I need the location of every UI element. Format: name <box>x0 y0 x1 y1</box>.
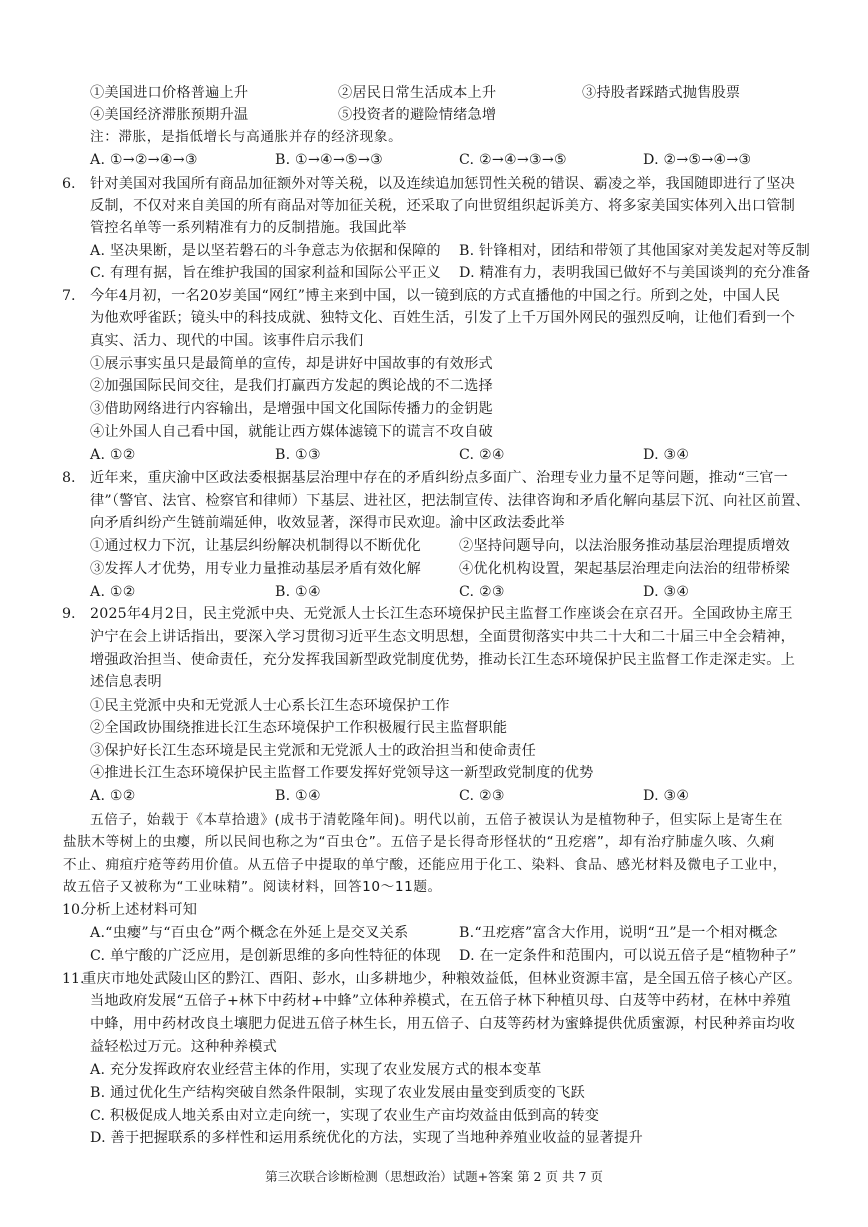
q7-item-2: ②加强国际民间交往，是我们打赢西方发起的舆论战的不二选择 <box>90 376 493 396</box>
q9-stem-line: 2025年4月2日，民主党派中央、无党派人士长江生态环境保护民主监督工作座谈会在… <box>90 604 793 624</box>
q7-item-1: ①展示事实虽只是最简单的宣传，却是讲好中国故事的有效形式 <box>90 354 493 374</box>
q10-stem: 分析上述材料可知 <box>82 900 197 920</box>
q5-item-1: ①美国进口价格普遍上升 <box>90 83 248 103</box>
passage-line: 盐肤木等树上的虫瘿，所以民间也称之为“百虫仓”。五倍子是长得奇形怪状的“丑疙瘩”… <box>63 832 775 852</box>
q10-option-c: C. 单宁酸的广泛应用，是创新思维的多向性特征的体现 <box>90 946 441 966</box>
q11-stem-line: 益轻松过万元。这种种养模式 <box>90 1037 277 1057</box>
q7-stem-line: 今年4月初，一名20岁美国“网红”博主来到中国，以一镜到底的方式直播他的中国之行… <box>90 286 780 306</box>
q8-option-a: A. ①② <box>90 582 136 602</box>
q8-stem-line: 向矛盾纠纷产生链前端延伸，收效显著，深得市民欢迎。渝中区政法委此举 <box>90 513 565 533</box>
q9-item-3: ③保护好长江生态环境是民主党派和无党派人士的政治担当和使命责任 <box>90 741 536 761</box>
q6-option-c: C. 有理有据，旨在维护我国的国家利益和国际公平正义 <box>90 263 441 283</box>
q6-stem-line: 针对美国对我国所有商品加征额外对等关税，以及连续追加惩罚性关税的错误、霸凌之举，… <box>90 174 795 194</box>
q8-option-d: D. ③④ <box>643 582 689 602</box>
q8-stem-line: 律”（警官、法官、检察官和律师）下基层、进社区，把法制宣传、法律咨询和矛盾化解向… <box>90 491 810 511</box>
q6-option-b: B. 针锋相对，团结和带领了其他国家对美发起对等反制 <box>459 241 810 261</box>
q7-option-d: D. ③④ <box>643 445 689 465</box>
q7-stem-line: 真实、活力、现代的中国。该事件启示我们 <box>90 331 363 351</box>
q5-item-4: ④美国经济滞胀预期升温 <box>90 105 248 125</box>
q7-item-4: ④让外国人自己看中国，就能让西方媒体滤镜下的谎言不攻自破 <box>90 422 493 442</box>
question-number: 6. <box>62 174 76 194</box>
q8-item-4: ④优化机构设置，架起基层治理走向法治的纽带桥梁 <box>459 559 790 579</box>
q7-option-a: A. ①② <box>90 445 136 465</box>
q11-option-d: D. 善于把握联系的多样性和运用系统优化的方法，实现了当地种养殖业收益的显著提升 <box>90 1128 643 1148</box>
q5-note: 注：滞胀，是指低增长与高通胀并存的经济现象。 <box>90 127 402 147</box>
q11-stem-line: 当地政府发展“五倍子+林下中药材+中蜂”立体种养模式，在五倍子林下种植贝母、白芨… <box>90 991 791 1011</box>
q5-item-2: ②居民日常生活成本上升 <box>338 83 496 103</box>
q5-option-c: C. ②→④→③→⑤ <box>459 150 567 170</box>
q6-option-a: A. 坚决果断，是以坚若磐石的斗争意志为依据和保障的 <box>90 241 441 261</box>
q11-stem-line: 中蜂，用中药材改良土壤肥力促进五倍子林生长，用五倍子、白芨等药材为蜜蜂提供优质蜜… <box>90 1014 795 1034</box>
q9-option-b: B. ①④ <box>275 786 321 806</box>
q7-option-c: C. ②④ <box>459 445 505 465</box>
q9-option-a: A. ①② <box>90 786 136 806</box>
question-number: 9. <box>62 604 76 624</box>
q5-option-d: D. ②→⑤→④→③ <box>643 150 751 170</box>
passage-line: 五倍子，始载于《本草拾遗》(成书于清乾隆年间)。明代以前，五倍子被误认为是植物种… <box>90 810 783 830</box>
q9-item-4: ④推进长江生态环境保护民主监督工作要发挥好党领导这一新型政党制度的优势 <box>90 763 594 783</box>
q9-item-1: ①民主党派中央和无党派人士心系长江生态环境保护工作 <box>90 696 450 716</box>
q8-option-b: B. ①④ <box>275 582 321 602</box>
q8-item-2: ②坚持问题导向，以法治服务推动基层治理提质增效 <box>459 536 790 556</box>
q11-option-a: A. 充分发挥政府农业经营主体的作用，实现了农业发展方式的根本变革 <box>90 1060 542 1080</box>
passage-line: 故五倍子又被称为“工业味精”。阅读材料，回答10～11题。 <box>63 877 442 897</box>
q5-option-b: B. ①→④→⑤→③ <box>275 150 383 170</box>
q6-stem-line: 反制，不仅对来自美国的所有商品对等加征关税，还采取了向世贸组织起诉美方、将多家美… <box>90 196 795 216</box>
q9-option-c: C. ②③ <box>459 786 505 806</box>
q5-option-a: A. ①→②→④→③ <box>90 150 198 170</box>
q7-item-3: ③借助网络进行内容输出，是增强中国文化国际传播力的金钥匙 <box>90 399 493 419</box>
q11-option-b: B. 通过优化生产结构突破自然条件限制，实现了农业发展由量变到质变的飞跃 <box>90 1083 585 1103</box>
q9-stem-line: 增强政治担当、使命责任，充分发挥我国新型政党制度优势，推动长江生态环境保护民主监… <box>90 650 795 670</box>
q10-option-d: D. 在一定条件和范围内，可以说五倍子是“植物种子” <box>459 946 797 966</box>
q8-option-c: C. ②③ <box>459 582 505 602</box>
q9-stem-line: 述信息表明 <box>90 672 162 692</box>
passage-line: 不止、痈疽疔疮等药用价值。从五倍子中提取的单宁酸，还能应用于化工、染料、食品、感… <box>63 855 787 875</box>
page-footer: 第三次联合诊断检测（思想政治）试题+答案 第 2 页 共 7 页 <box>0 1168 868 1186</box>
q6-option-d: D. 精准有力，表明我国已做好不与美国谈判的充分准备 <box>459 263 810 283</box>
q6-stem-line: 管控名单等一系列精准有力的反制措施。我国此举 <box>90 218 407 238</box>
q9-item-2: ②全国政协围绕推进长江生态环境保护工作积极履行民主监督职能 <box>90 718 507 738</box>
q10-option-b: B.“丑疙瘩”富含大作用，说明“丑”是一个相对概念 <box>459 923 778 943</box>
q9-option-d: D. ③④ <box>643 786 689 806</box>
q8-stem-line: 近年来，重庆渝中区政法委根据基层治理中存在的矛盾纠纷点多面广、治理专业力量不足等… <box>90 468 788 488</box>
q10-option-a: A.“虫瘿”与“百虫仓”两个概念在外延上是交叉关系 <box>90 923 408 943</box>
q7-option-b: B. ①③ <box>275 445 321 465</box>
q8-item-1: ①通过权力下沉，让基层纠纷解决机制得以不断优化 <box>90 536 421 556</box>
q8-item-3: ③发挥人才优势，用专业力量推动基层矛盾有效化解 <box>90 559 421 579</box>
q11-stem-line: 重庆市地处武陵山区的黔江、酉阳、彭水，山多耕地少，种粮效益低，但林业资源丰富，是… <box>82 969 801 989</box>
question-number: 8. <box>62 468 76 488</box>
q9-stem-line: 沪宁在会上讲话指出，要深入学习贯彻习近平生态文明思想，全面贯彻落实中共二十大和二… <box>90 627 795 647</box>
q5-item-3: ③持股者踩踏式抛售股票 <box>582 83 740 103</box>
q7-stem-line: 为他欢呼雀跃；镜头中的科技成就、独特文化、百姓生活，引发了上千万国外网民的强烈反… <box>90 308 795 328</box>
q5-item-5: ⑤投资者的避险情绪急增 <box>338 105 496 125</box>
q11-option-c: C. 积极促成人地关系由对立走向统一，实现了农业生产亩均效益由低到高的转变 <box>90 1106 599 1126</box>
question-number: 7. <box>62 286 76 306</box>
